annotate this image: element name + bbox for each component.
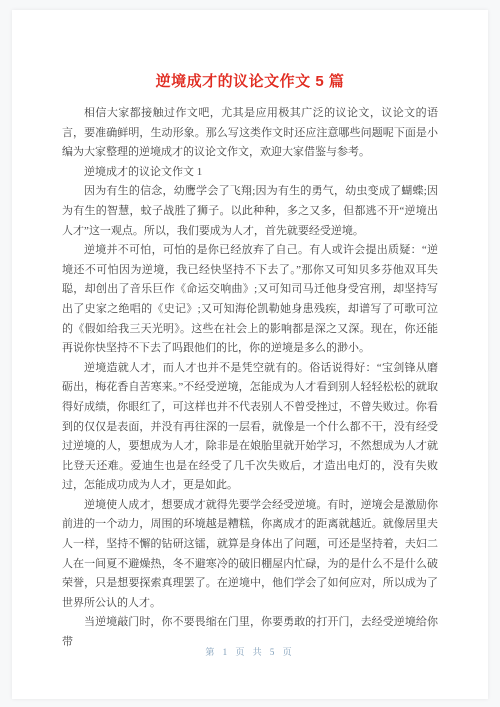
doc-paragraph: 逆境并不可怕，可怕的是你已经放弃了自己。有人或许会提出质疑：“逆境还不可怕因为逆… xyxy=(62,241,438,359)
document-page-sheet: 逆境成才的议论文作文 5 篇 相信大家都接触过作文吧，尤其是应用极其广泛的议论文… xyxy=(12,10,488,699)
doc-paragraph: 逆境使人成才，想要成才就得先要学会经受逆境。有时，逆境会是激励你前进的一个动力，… xyxy=(62,496,438,614)
doc-paragraph: 因为有生的信念，幼鹰学会了飞翔;因为有生的勇气，幼虫变成了蝴蝶;因为有生的智慧，… xyxy=(62,182,438,241)
page-number-indicator: 第 1 页 共 5 页 xyxy=(0,645,500,658)
document-viewer: 逆境成才的议论文作文 5 篇 相信大家都接触过作文吧，尤其是应用极其广泛的议论文… xyxy=(0,0,500,707)
document-body: 相信大家都接触过作文吧，尤其是应用极其广泛的议论文，议论文的语言，要准确鲜明，生… xyxy=(62,104,438,653)
doc-paragraph: 逆境造就人才，而人才也并不是凭空就有的。俗话说得好：“宝剑锋从磨砺出，梅花香自苦… xyxy=(62,359,438,496)
doc-paragraph: 相信大家都接触过作文吧，尤其是应用极其广泛的议论文，议论文的语言，要准确鲜明，生… xyxy=(62,104,438,163)
document-title: 逆境成才的议论文作文 5 篇 xyxy=(32,70,468,91)
doc-section-heading: 逆境成才的议论文作文 1 xyxy=(62,163,438,183)
